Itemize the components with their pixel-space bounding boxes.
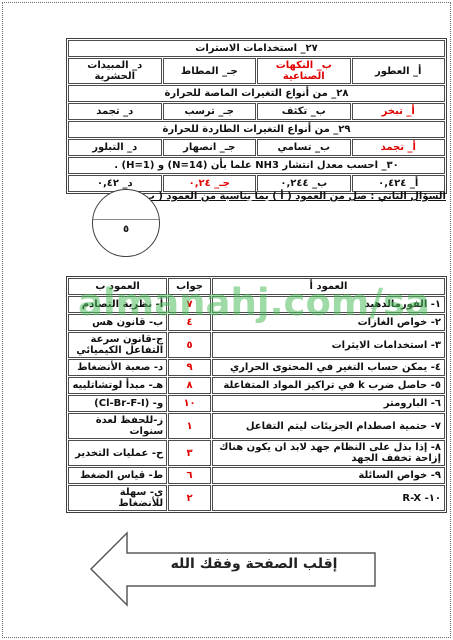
matching-row: ٤- يمكن حساب التغير في المحتوى الحراري ٩…	[68, 359, 445, 376]
q30-option-c: جـ_ ٠,٢٤	[163, 175, 257, 192]
answer-8: ٣	[168, 440, 211, 466]
col-b-item-1: أ- نظرية التصادم	[68, 296, 167, 313]
q27-option-d: د_ المبيدات الحشرية	[68, 58, 162, 84]
col-a-item-4: ٤- يمكن حساب التغير في المحتوى الحراري	[212, 359, 445, 376]
col-a-item-3: ٣- استخدامات الايثرات	[212, 332, 445, 358]
col-a-item-5: ٥- حاصل ضرب k في تراكيز المواد المتفاعلة	[212, 377, 445, 394]
question-title-row: ٢٨_ من أنواع التغيرات الماصة للحرارة	[68, 85, 445, 102]
question-30-title: ٣٠_ احسب معدل انتشار NH3 علما بأن (N=14)…	[68, 157, 445, 174]
matching-header-row: العمود أ جواب العمود ب	[68, 278, 445, 295]
col-a-item-9: ٩- خواص السائلة	[212, 467, 445, 484]
question-options-row: أ_ العطور ب_ النكهات الصناعية جـ_ المطاط…	[68, 58, 445, 84]
answer-header: جواب	[168, 278, 211, 295]
col-a-item-6: ٦- البارومتر	[212, 395, 445, 412]
matching-table: العمود أ جواب العمود ب ١- الفورمالدهيد ٧…	[66, 276, 447, 513]
matching-row: ١٠- R-X ٢ ي- سهلة للأنضغاط	[68, 485, 445, 511]
question-title-row: ٣٠_ احسب معدل انتشار NH3 علما بأن (N=14)…	[68, 157, 445, 174]
turn-page-text: إقلب الصفحة وفقك الله	[138, 556, 370, 572]
q30-option-d: د_ ٠,٤٢	[68, 175, 162, 192]
answer-3: ٥	[168, 332, 211, 358]
q27-option-b: ب_ النكهات الصناعية	[257, 58, 351, 84]
question-28-title: ٢٨_ من أنواع التغيرات الماصة للحرارة	[68, 85, 445, 102]
mcq-table: ٢٧_ استخدامات الاسترات أ_ العطور ب_ النك…	[66, 38, 447, 194]
q28-option-d: د_ تجمد	[68, 103, 162, 120]
col-b-item-5: هـ- مبدأ لوتشاتلييه	[68, 377, 167, 394]
col-b-item-7: ز-للحفظ لعدة سنوات	[68, 413, 167, 439]
col-b-item-10: ي- سهلة للأنضغاط	[68, 485, 167, 511]
answer-1: ٧	[168, 296, 211, 313]
answer-4: ٩	[168, 359, 211, 376]
answer-9: ٦	[168, 467, 211, 484]
circle-chord-line	[93, 219, 159, 220]
answer-6: ١٠	[168, 395, 211, 412]
section-2-title: السؤال الثاني : صل من العمود ( أ ) بما ي…	[137, 191, 446, 202]
question-27-title: ٢٧_ استخدامات الاسترات	[68, 40, 445, 57]
answer-5: ٨	[168, 377, 211, 394]
col-b-item-9: ط- قياس الضغط	[68, 467, 167, 484]
answer-10: ٢	[168, 485, 211, 511]
question-options-row: أ_ تبخر ب_ تكثف جـ_ ترسب د_ تجمد	[68, 103, 445, 120]
q28-option-b: ب_ تكثف	[257, 103, 351, 120]
matching-row: ٣- استخدامات الايثرات ٥ ج-قانون سرعة الت…	[68, 332, 445, 358]
circle-label: ٥	[93, 224, 159, 235]
question-options-row: أ_ تجمد ب_ تسامي جـ_ انصهار د_ التبلور	[68, 139, 445, 156]
col-b-item-6: و- (Cl-Br-F-I)	[68, 395, 167, 412]
col-b-item-4: د- صعبة الأنضغاط	[68, 359, 167, 376]
q29-option-d: د_ التبلور	[68, 139, 162, 156]
col-a-item-2: ٢- خواص الغازات	[212, 314, 445, 331]
matching-row: ١- الفورمالدهيد ٧ أ- نظرية التصادم	[68, 296, 445, 313]
matching-row: ٢- خواص الغازات ٤ ب- قانون هس	[68, 314, 445, 331]
q28-option-c: جـ_ ترسب	[163, 103, 257, 120]
answer-7: ١	[168, 413, 211, 439]
question-title-row: ٢٩_ من أنواع التغيرات الطاردة للحرارة	[68, 121, 445, 138]
question-title-row: ٢٧_ استخدامات الاسترات	[68, 40, 445, 57]
matching-row: ٦- البارومتر ١٠ و- (Cl-Br-F-I)	[68, 395, 445, 412]
question-29-title: ٢٩_ من أنواع التغيرات الطاردة للحرارة	[68, 121, 445, 138]
col-b-item-8: ح- عمليات التخدير	[68, 440, 167, 466]
q27-option-c: جـ_ المطاط	[163, 58, 257, 84]
matching-row: ٨- إذا بذل على النظام جهد لابد ان يكون ه…	[68, 440, 445, 466]
col-b-item-3: ج-قانون سرعة التفاعل الكيميائي	[68, 332, 167, 358]
matching-row: ٩- خواص السائلة ٦ ط- قياس الضغط	[68, 467, 445, 484]
matching-row: ٥- حاصل ضرب k في تراكيز المواد المتفاعلة…	[68, 377, 445, 394]
q29-option-b: ب_ تسامي	[257, 139, 351, 156]
col-a-item-10: ١٠- R-X	[212, 485, 445, 511]
col-b-item-2: ب- قانون هس	[68, 314, 167, 331]
col-a-item-1: ١- الفورمالدهيد	[212, 296, 445, 313]
column-a-header: العمود أ	[212, 278, 445, 295]
q27-option-a: أ_ العطور	[352, 58, 446, 84]
answer-2: ٤	[168, 314, 211, 331]
q29-option-c: جـ_ انصهار	[163, 139, 257, 156]
circle-figure: ٥	[92, 189, 160, 257]
q30-option-a: أ_ ٠,٤٢٤	[352, 175, 446, 192]
q28-option-a: أ_ تبخر	[352, 103, 446, 120]
matching-row: ٧- حتمية اصطدام الجزيئات ليتم التفاعل ١ …	[68, 413, 445, 439]
q30-option-b: ب_ ٠,٢٤٤	[257, 175, 351, 192]
col-a-item-8: ٨- إذا بذل على النظام جهد لابد ان يكون ه…	[212, 440, 445, 466]
q29-option-a: أ_ تجمد	[352, 139, 446, 156]
col-a-item-7: ٧- حتمية اصطدام الجزيئات ليتم التفاعل	[212, 413, 445, 439]
column-b-header: العمود ب	[68, 278, 167, 295]
